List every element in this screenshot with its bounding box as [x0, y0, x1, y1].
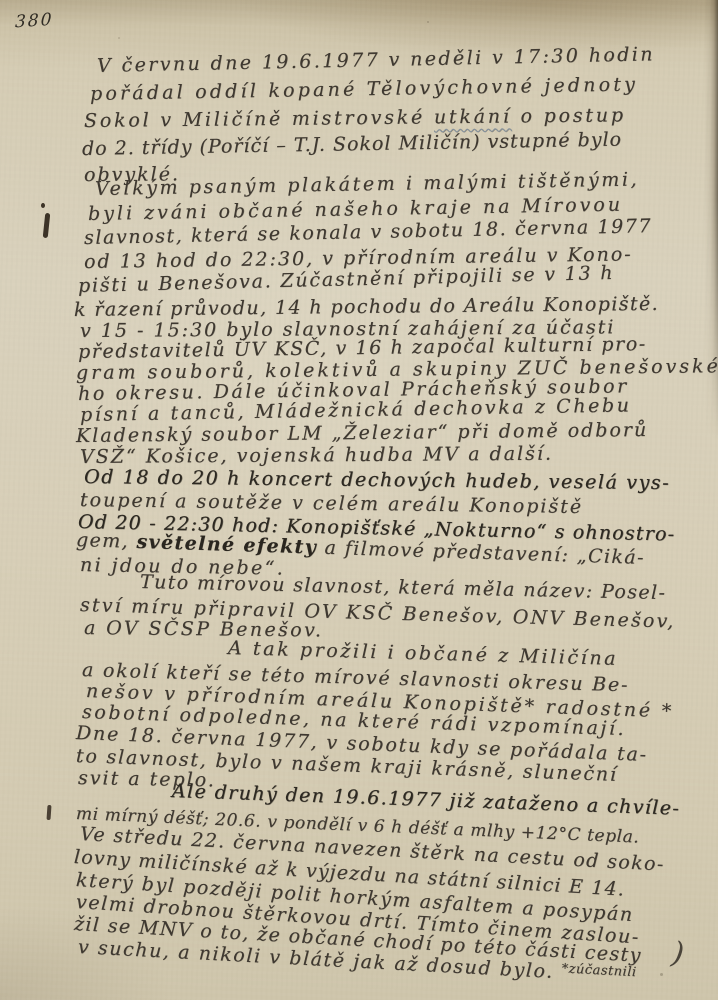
- page-number: 380: [15, 10, 54, 33]
- text-segment: Sokol v Miličíně mistrovské: [84, 106, 434, 132]
- margin-ink-dot: [41, 203, 45, 208]
- text-line: Sokol v Miličíně mistrovské utkání o pos…: [84, 106, 626, 131]
- text-line: do 2. třídy (Poříčí – T.J. Sokol Miličín…: [82, 131, 622, 159]
- paper-speck: [427, 21, 429, 23]
- text-line: a OV SČSP Benešov.: [84, 619, 324, 641]
- margin-ink-mark-2: [46, 805, 51, 820]
- underlined-word: utkání: [434, 106, 512, 129]
- paper-speck: [118, 37, 120, 39]
- margin-ink-mark: [43, 213, 51, 238]
- bold-segment: světelné efekty: [136, 531, 317, 559]
- text-line: Kladenský soubor LM „Železiar“ při domě …: [76, 421, 648, 446]
- text-line: V červnu dne 19.6.1977 v neděli v 17:30 …: [97, 45, 655, 76]
- text-segment: o postup: [512, 104, 626, 127]
- paper-speck: [660, 973, 663, 976]
- text-segment: gem,: [76, 529, 137, 553]
- text-line: VSŽ“ Košice, vojenská hudba MV a další.: [80, 445, 553, 467]
- scanned-chronicle-page: { "page": { "number": "380", "paper_colo…: [0, 0, 718, 1000]
- footnote-segment: *zúčastnili: [561, 961, 637, 980]
- margin-paren-mark: ): [670, 935, 686, 971]
- text-line: pořádal oddíl kopané Tělovýchovné jednot…: [90, 75, 638, 104]
